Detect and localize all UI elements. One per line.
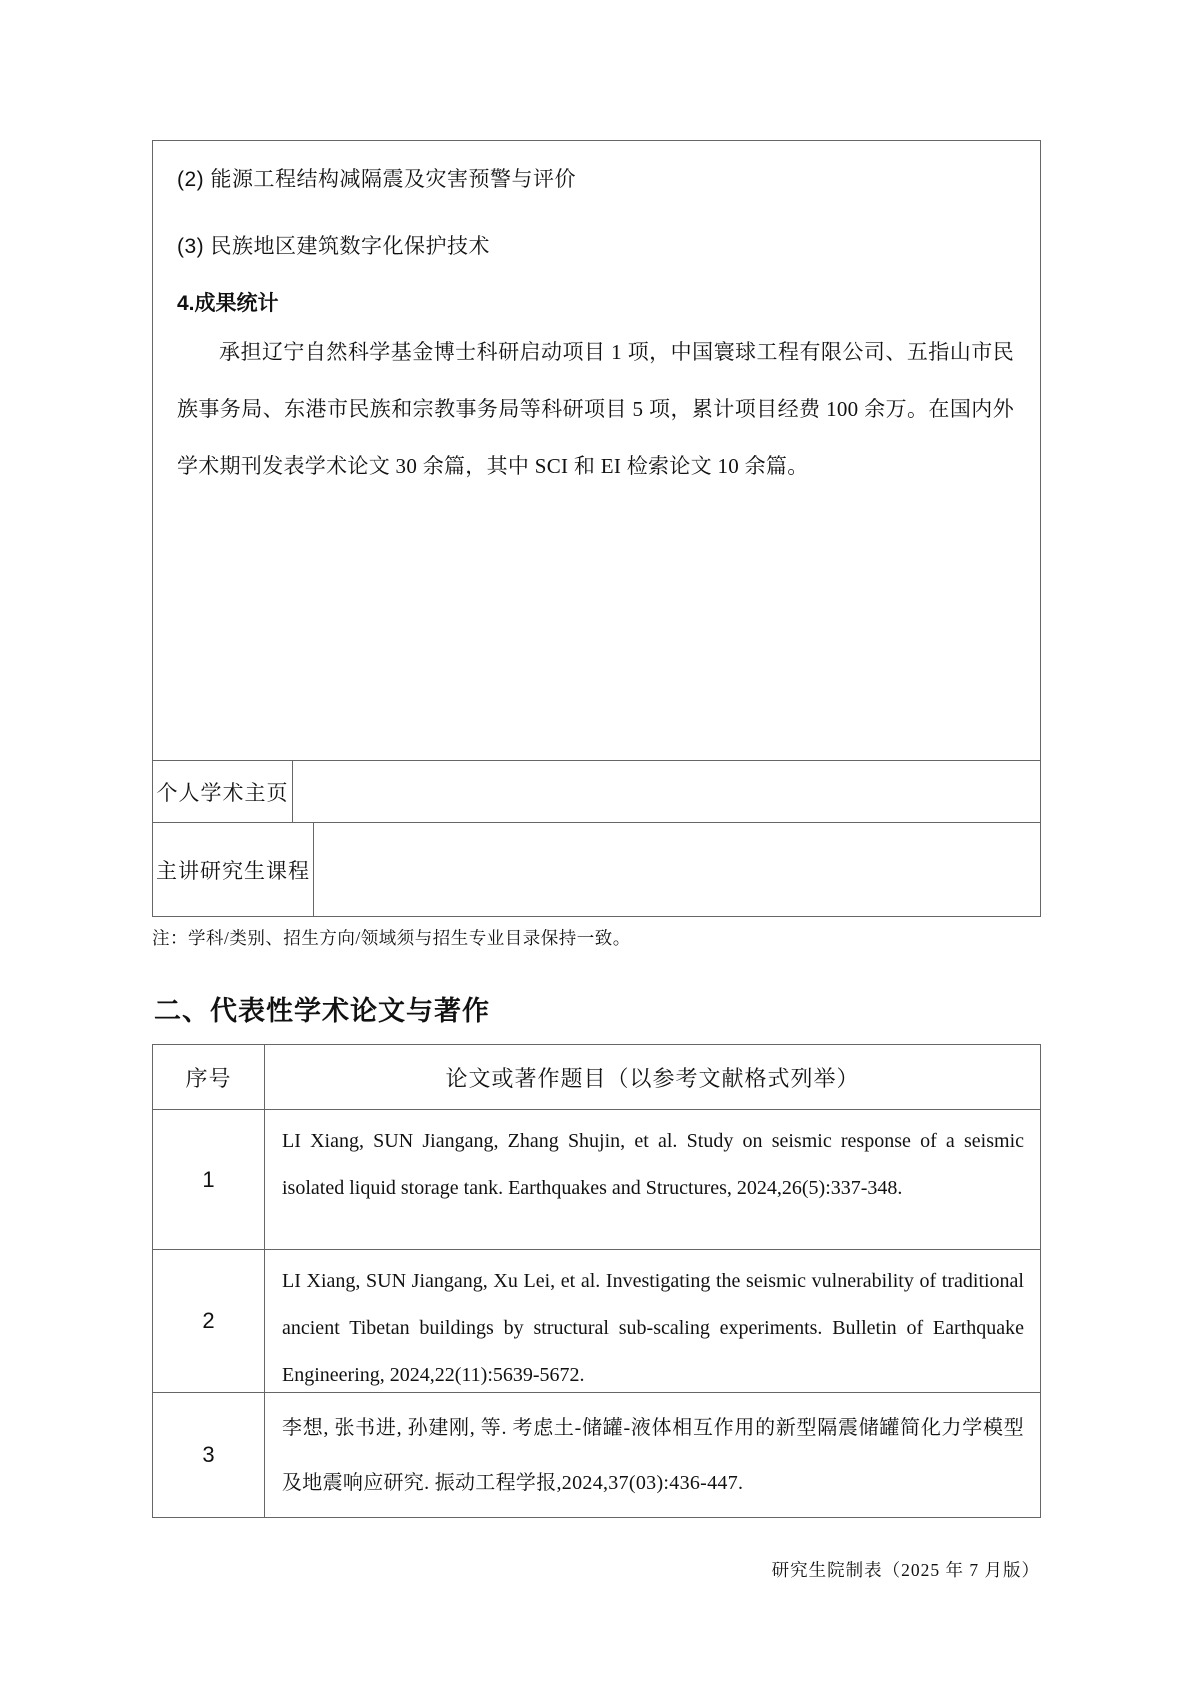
- achievements-paragraph: 承担辽宁自然科学基金博士科研启动项目 1 项，中国寰球工程有限公司、五指山市民族…: [177, 324, 1014, 495]
- paper-index-number: 2: [202, 1308, 214, 1334]
- courses-value-cell: [314, 823, 1040, 916]
- paper-reference: LI Xiang, SUN Jiangang, Xu Lei, et al. I…: [265, 1250, 1040, 1392]
- homepage-row: 个人学术主页: [153, 760, 1040, 822]
- profile-form-table: (2) 能源工程结构减隔震及灾害预警与评价 (3) 民族地区建筑数字化保护技术 …: [152, 140, 1041, 917]
- section-title: 二、代表性学术论文与著作: [154, 989, 490, 1028]
- papers-header-row: 序号 论文或著作题目（以参考文献格式列举）: [153, 1045, 1040, 1109]
- courses-label: 主讲研究生课程: [153, 823, 314, 916]
- papers-header-index: 序号: [153, 1045, 265, 1109]
- paper-reference: LI Xiang, SUN Jiangang, Zhang Shujin, et…: [265, 1110, 1040, 1249]
- paper-index: 1: [153, 1110, 265, 1249]
- papers-table: 序号 论文或著作题目（以参考文献格式列举） 1 LI Xiang, SUN Ji…: [152, 1044, 1041, 1518]
- homepage-label: 个人学术主页: [153, 761, 293, 822]
- paper-index-number: 3: [202, 1442, 214, 1468]
- research-direction-item-2: (2) 能源工程结构减隔震及灾害预警与评价: [177, 163, 1014, 193]
- paper-reference: 李想, 张书进, 孙建刚, 等. 考虑土-储罐-液体相互作用的新型隔震储罐简化力…: [265, 1393, 1040, 1517]
- papers-header-title: 论文或著作题目（以参考文献格式列举）: [265, 1045, 1040, 1109]
- paper-row: 2 LI Xiang, SUN Jiangang, Xu Lei, et al.…: [153, 1249, 1040, 1392]
- paper-row: 1 LI Xiang, SUN Jiangang, Zhang Shujin, …: [153, 1109, 1040, 1249]
- paper-row: 3 李想, 张书进, 孙建刚, 等. 考虑土-储罐-液体相互作用的新型隔震储罐简…: [153, 1392, 1040, 1517]
- paper-index: 2: [153, 1250, 265, 1392]
- courses-row: 主讲研究生课程: [153, 822, 1040, 916]
- homepage-value-cell: [293, 761, 1040, 822]
- research-summary-cell: (2) 能源工程结构减隔震及灾害预警与评价 (3) 民族地区建筑数字化保护技术 …: [153, 141, 1040, 760]
- form-note: 注：学科/类别、招生方向/领域须与招生专业目录保持一致。: [152, 925, 631, 950]
- page-footer: 研究生院制表（2025 年 7 月版）: [772, 1557, 1040, 1582]
- research-direction-item-3: (3) 民族地区建筑数字化保护技术: [177, 230, 1014, 260]
- paper-index: 3: [153, 1393, 265, 1517]
- achievements-heading: 4.成果统计: [177, 287, 1014, 317]
- paper-index-number: 1: [202, 1167, 214, 1193]
